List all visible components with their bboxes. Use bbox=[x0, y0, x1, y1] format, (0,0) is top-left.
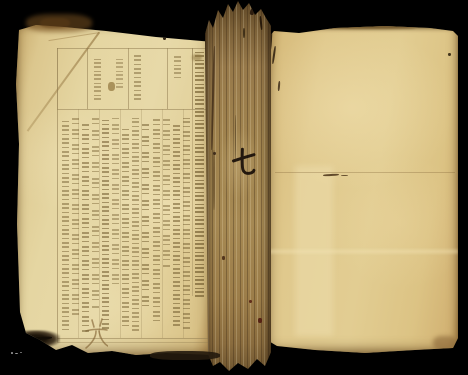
printed-text-column bbox=[94, 56, 101, 100]
stain-speck bbox=[213, 150, 215, 210]
stain-speck bbox=[258, 318, 262, 323]
table-header-rule bbox=[57, 48, 58, 109]
stain-speck bbox=[325, 26, 415, 29]
stain-speck bbox=[243, 28, 245, 38]
printed-text-column bbox=[82, 124, 89, 332]
table-bottom-border bbox=[57, 338, 215, 339]
printed-text-column bbox=[62, 118, 69, 332]
printed-text-column bbox=[72, 118, 79, 318]
printed-text-column bbox=[116, 58, 123, 88]
printed-text-column bbox=[153, 118, 160, 324]
printed-text-column bbox=[92, 118, 99, 308]
table-header-rule bbox=[128, 48, 129, 109]
stain-speck bbox=[341, 175, 348, 176]
stain-speck bbox=[40, 18, 70, 28]
stain-speck bbox=[222, 256, 225, 260]
stain-speck bbox=[433, 336, 457, 350]
printed-text-column bbox=[122, 126, 129, 326]
printed-text-column bbox=[142, 122, 149, 308]
printed-text-column bbox=[173, 124, 180, 328]
stain-speck bbox=[272, 46, 276, 64]
stain-speck bbox=[250, 9, 255, 16]
stain-speck bbox=[249, 300, 252, 303]
stain-speck bbox=[448, 53, 451, 56]
printed-text-column bbox=[174, 54, 181, 80]
stain-speck bbox=[163, 37, 166, 40]
stain-speck bbox=[108, 82, 115, 91]
stain-speck bbox=[213, 152, 216, 155]
horizontal-crease bbox=[275, 172, 455, 173]
right-page bbox=[265, 26, 458, 353]
table-top-border bbox=[57, 48, 213, 49]
printed-text-column bbox=[132, 118, 139, 332]
stain-speck bbox=[323, 174, 339, 177]
table-bottom-border-2 bbox=[57, 342, 215, 343]
stain-speck bbox=[15, 353, 18, 354]
stain-speck bbox=[235, 115, 236, 160]
stain-speck bbox=[11, 352, 13, 354]
stain-speck bbox=[20, 352, 22, 353]
left-page bbox=[16, 24, 213, 355]
printed-text-column bbox=[134, 54, 141, 102]
stain-speck bbox=[192, 54, 202, 61]
table-header-rule bbox=[167, 48, 168, 109]
stain-speck bbox=[150, 351, 220, 360]
horizontal-crease-light bbox=[265, 248, 458, 255]
stain-speck bbox=[278, 81, 281, 91]
printed-text-column bbox=[183, 118, 190, 330]
spine bbox=[205, 0, 271, 373]
stain-speck bbox=[259, 16, 262, 30]
printed-text-column bbox=[112, 118, 119, 288]
table-header-rule bbox=[87, 48, 88, 109]
printed-text-column bbox=[163, 118, 170, 268]
photograph-of-open-book bbox=[0, 0, 468, 375]
printed-text-column bbox=[102, 120, 109, 332]
printed-text-column bbox=[195, 52, 204, 298]
